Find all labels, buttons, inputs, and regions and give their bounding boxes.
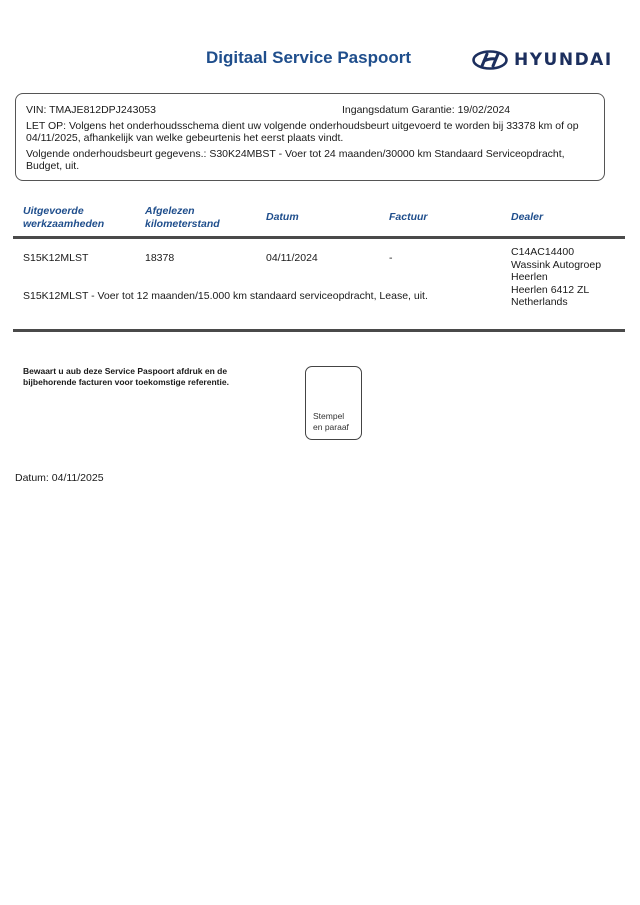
next-service-details: Volgende onderhoudsbeurt gegevens.: S30K… [26,148,596,172]
cell-factuur: - [389,252,393,265]
page-title: Digitaal Service Paspoort [206,48,411,68]
col-header-line: werkzaamheden [23,218,104,231]
brand-name: HYUNDAI [514,50,613,70]
vehicle-info-box: VIN: TMAJE812DPJ243053 Ingangsdatum Gara… [15,93,605,181]
col-header-line: Uitgevoerde [23,205,104,218]
dealer-code: C14AC14400 [511,246,601,259]
dealer-country: Netherlands [511,296,601,309]
col-header-line: Afgelezen [145,205,220,218]
dealer-city: Heerlen [511,271,601,284]
col-header-datum: Datum [266,211,299,224]
retention-note: Bewaart u aub deze Service Paspoort afdr… [23,366,273,388]
print-date: Datum: 04/11/2025 [15,472,104,484]
cell-omschrijving: S15K12MLST - Voer tot 12 maanden/15.000 … [23,290,428,303]
stamp-box: Stempel en paraaf [305,366,362,440]
stamp-label-line: Stempel [313,411,349,422]
col-header-kilometerstand: Afgelezen kilometerstand [145,205,220,231]
cell-werkzaamheden: S15K12MLST [23,252,88,265]
cell-dealer: C14AC14400 Wassink Autogroep Heerlen Hee… [511,246,601,309]
table-bottom-divider [13,329,625,332]
brand-logo: HYUNDAI [472,50,613,70]
warranty-start-date: Ingangsdatum Garantie: 19/02/2024 [342,104,510,116]
dealer-name: Wassink Autogroep [511,259,601,272]
col-header-factuur: Factuur [389,211,428,224]
stamp-label-line: en paraaf [313,422,349,433]
vin: VIN: TMAJE812DPJ243053 [26,104,156,116]
cell-datum: 04/11/2024 [266,252,318,265]
stamp-label: Stempel en paraaf [313,411,349,433]
cell-kilometerstand: 18378 [145,252,174,265]
col-header-line: kilometerstand [145,218,220,231]
hyundai-logo-icon [472,50,508,70]
col-header-werkzaamheden: Uitgevoerde werkzaamheden [23,205,104,231]
dealer-postal: Heerlen 6412 ZL [511,284,601,297]
maintenance-notice: LET OP: Volgens het onderhoudsschema die… [26,120,596,144]
header-divider [13,236,625,239]
col-header-dealer: Dealer [511,211,543,224]
